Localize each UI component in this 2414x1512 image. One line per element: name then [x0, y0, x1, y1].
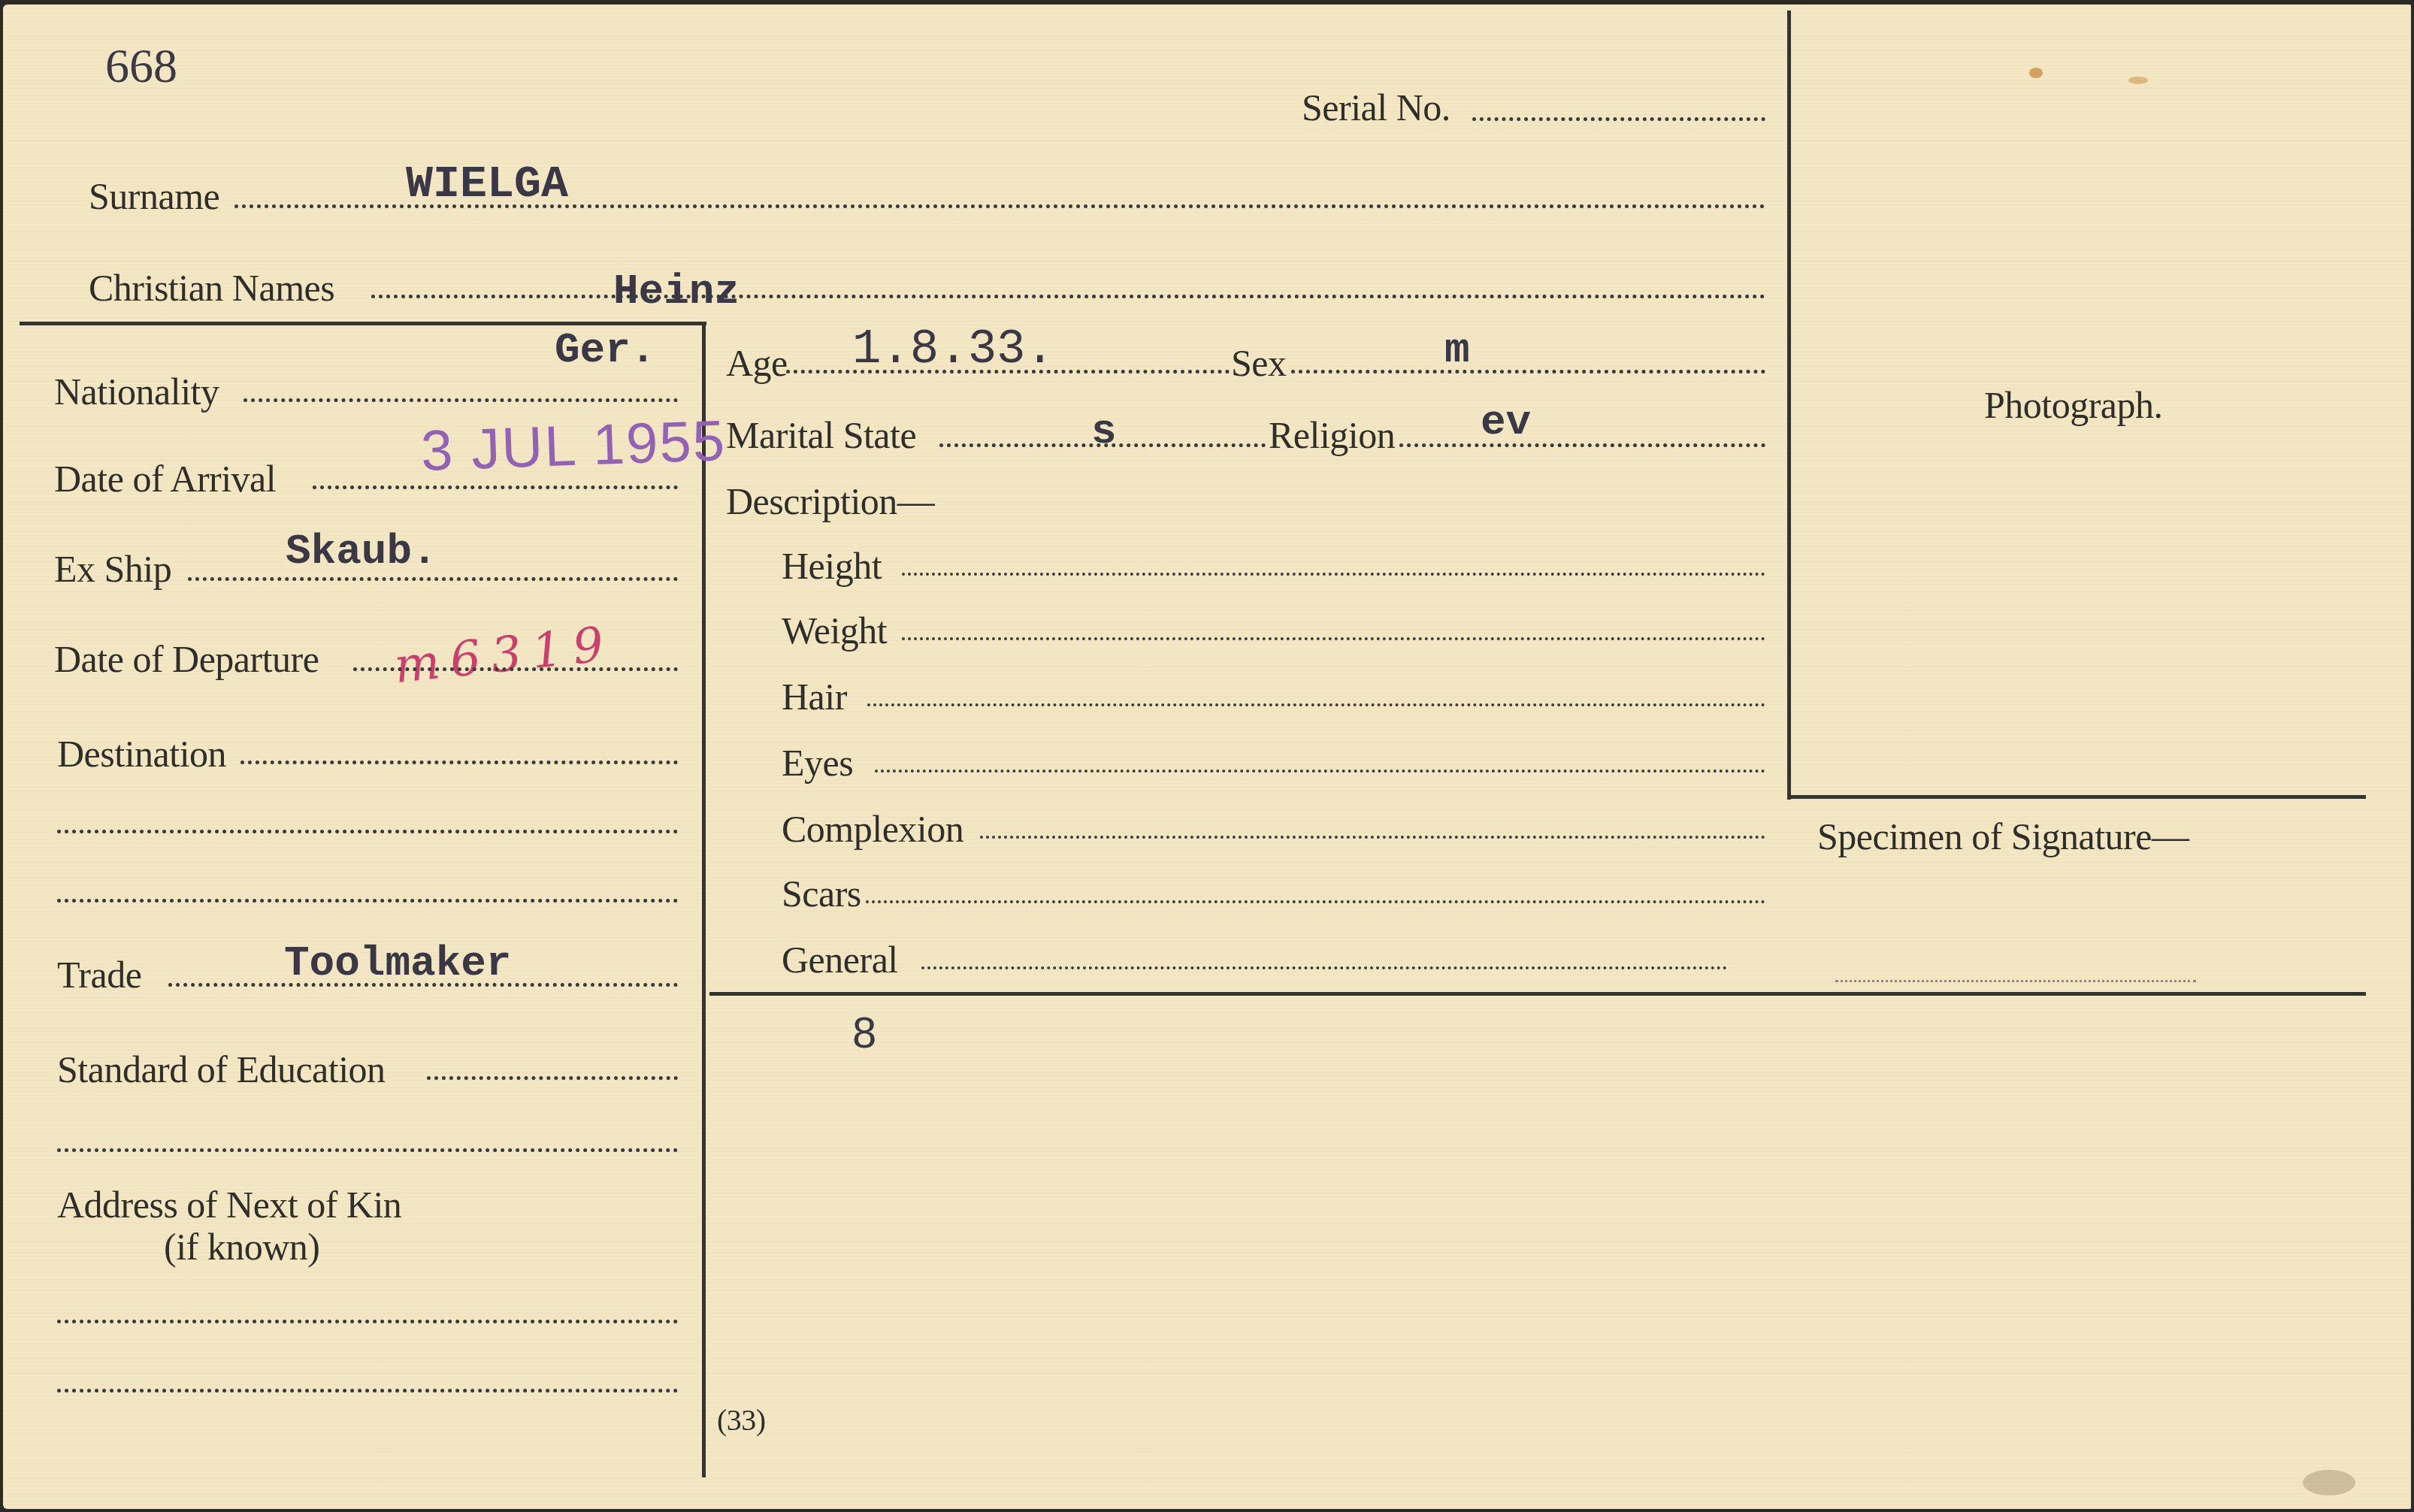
- christian-names-field[interactable]: [371, 295, 1765, 298]
- marital-state-value: s: [1091, 410, 1117, 452]
- destination-field-2[interactable]: [57, 830, 678, 833]
- christian-names-value: Heinz: [613, 271, 740, 313]
- sex-label: Sex: [1231, 344, 1287, 382]
- standard-of-education-field[interactable]: [427, 1076, 678, 1080]
- height-label: Height: [782, 547, 882, 585]
- destination-label: Destination: [57, 735, 226, 773]
- date-of-departure-field[interactable]: [353, 667, 678, 671]
- next-of-kin-sublabel: (if known): [164, 1228, 319, 1266]
- standard-of-education-field-2[interactable]: [57, 1148, 678, 1152]
- general-field[interactable]: [921, 966, 1727, 969]
- nationality-field[interactable]: [244, 398, 678, 402]
- date-of-departure-label: Date of Departure: [54, 640, 319, 678]
- height-field[interactable]: [902, 573, 1765, 576]
- trade-value: Toolmaker: [284, 942, 511, 984]
- serial-no-label: Serial No.: [1302, 89, 1451, 126]
- nationality-label: Nationality: [54, 373, 219, 410]
- next-of-kin-field-2[interactable]: [57, 1389, 678, 1393]
- hair-label: Hair: [782, 678, 847, 715]
- description-heading: Description—: [726, 482, 934, 520]
- sex-value: m: [1444, 329, 1470, 371]
- marital-state-label: Marital State: [726, 416, 916, 454]
- christian-names-label: Christian Names: [89, 269, 334, 307]
- trade-label: Trade: [57, 956, 141, 993]
- column-divider: [702, 323, 706, 1477]
- trade-field[interactable]: [168, 983, 678, 987]
- general-label: General: [782, 941, 898, 978]
- destination-field-3[interactable]: [57, 899, 678, 903]
- age-field[interactable]: [786, 370, 1230, 373]
- scars-field[interactable]: [866, 900, 1765, 903]
- religion-label: Religion: [1269, 416, 1395, 454]
- scars-label: Scars: [782, 875, 861, 912]
- ex-ship-label: Ex Ship: [54, 550, 171, 588]
- sex-field[interactable]: [1291, 370, 1765, 373]
- nationality-value: Ger.: [555, 329, 655, 371]
- age-value: 1.8.33.: [852, 326, 1054, 374]
- ex-ship-value: Skaub.: [286, 531, 437, 573]
- surname-label: Surname: [89, 177, 219, 215]
- note-number: 8: [852, 1012, 876, 1055]
- religion-value: ev: [1481, 401, 1531, 443]
- card-number: 668: [105, 42, 177, 90]
- dirt-speck: [2303, 1470, 2355, 1495]
- photograph-area: [1795, 12, 2366, 794]
- weight-label: Weight: [782, 612, 887, 649]
- registration-card: 668 Serial No. Surname WIELGA Christian …: [3, 5, 2411, 1509]
- complexion-field[interactable]: [980, 836, 1765, 839]
- standard-of-education-label: Standard of Education: [57, 1051, 386, 1088]
- eyes-field[interactable]: [875, 770, 1765, 773]
- hair-field[interactable]: [867, 703, 1765, 706]
- photo-box-left-rule: [1787, 11, 1791, 800]
- description-bottom-rule: [709, 992, 2366, 996]
- left-section-top-rule: [20, 322, 706, 325]
- date-of-arrival-stamp: 3 JUL 1955: [420, 413, 727, 480]
- complexion-label: Complexion: [782, 810, 963, 848]
- eyes-label: Eyes: [782, 744, 853, 782]
- photo-box-bottom-rule: [1787, 795, 2366, 799]
- weight-field[interactable]: [902, 637, 1765, 640]
- religion-field[interactable]: [1399, 443, 1765, 447]
- form-code: (33): [717, 1405, 766, 1435]
- age-label: Age: [726, 344, 788, 382]
- destination-field-1[interactable]: [240, 761, 678, 764]
- signature-field[interactable]: [1835, 980, 2196, 982]
- ex-ship-field[interactable]: [188, 577, 678, 581]
- next-of-kin-field-1[interactable]: [57, 1320, 678, 1323]
- next-of-kin-label: Address of Next of Kin: [57, 1186, 401, 1223]
- serial-no-field[interactable]: [1472, 117, 1765, 121]
- date-of-departure-value: m6319: [392, 620, 616, 691]
- date-of-arrival-field[interactable]: [313, 485, 678, 489]
- signature-label: Specimen of Signature—: [1817, 818, 2189, 855]
- date-of-arrival-label: Date of Arrival: [54, 460, 276, 497]
- surname-value: WIELGA: [406, 162, 568, 207]
